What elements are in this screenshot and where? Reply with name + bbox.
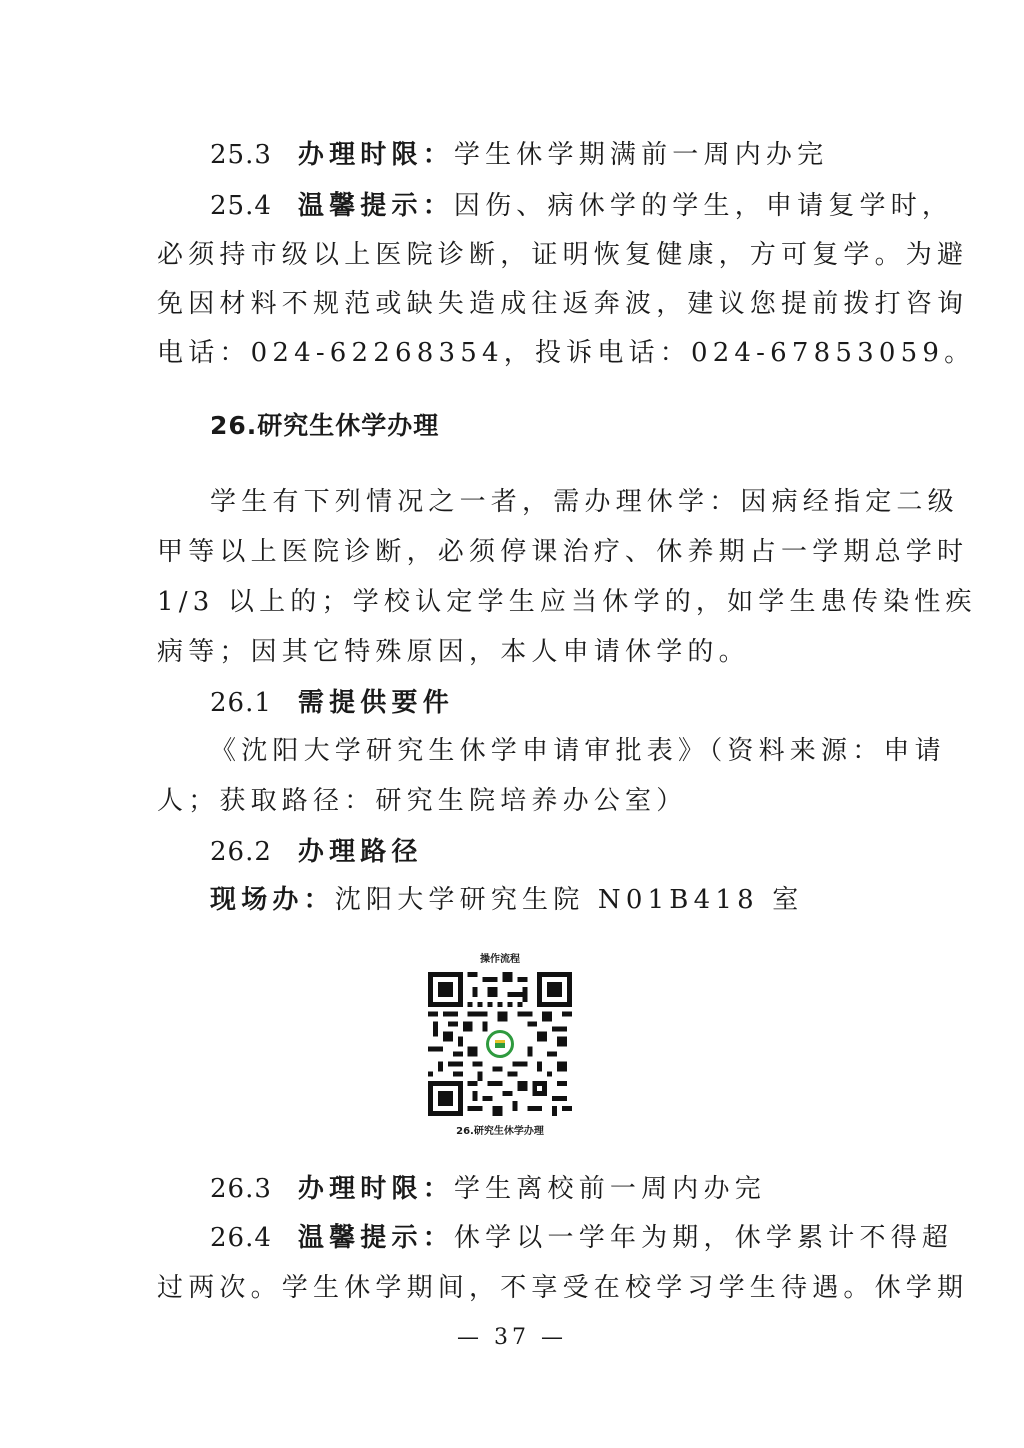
onsite-label: 现场办： — [210, 885, 335, 915]
qr-block: 操作流程 26.研究生休学办理 — [415, 950, 585, 1137]
paragraph-line: 病等；因其它特殊原因，本人申请休学的。 — [157, 635, 869, 669]
item-25-3: 25.3办理时限：学生休学期满前一周内办完 — [210, 138, 870, 172]
item-text: 休学以一学年为期，休学累计不得超 — [454, 1223, 953, 1253]
qr-caption: 26.研究生休学办理 — [415, 1122, 585, 1137]
item-number: 26.3 — [210, 1174, 272, 1204]
item-text: 学生离校前一周内办完 — [454, 1174, 766, 1204]
onsite-text: 沈阳大学研究生院 N01B418 室 — [335, 885, 804, 915]
paragraph-line: 学生有下列情况之一者，需办理休学：因病经指定二级 — [210, 485, 870, 519]
item-26-2: 26.2办理路径 — [210, 835, 870, 869]
item-number: 26.4 — [210, 1223, 272, 1253]
item-26-4: 26.4温馨提示：休学以一学年为期，休学累计不得超 — [210, 1221, 870, 1255]
item-25-4: 25.4温馨提示：因伤、病休学的学生，申请复学时， — [210, 189, 870, 223]
item-text: 因伤、病休学的学生，申请复学时， — [454, 191, 953, 221]
qr-title: 操作流程 — [415, 950, 585, 966]
qr-code[interactable] — [428, 972, 572, 1116]
item-label: 办理路径 — [298, 837, 423, 867]
paragraph-line: 电话：024-62268354，投诉电话：024-67853059。 — [157, 336, 869, 370]
item-26-1: 26.1需提供要件 — [210, 686, 870, 720]
section-heading: 26.研究生休学办理 — [210, 406, 439, 442]
item-text: 学生休学期满前一周内办完 — [454, 140, 828, 170]
university-logo-icon — [486, 1030, 514, 1058]
item-26-3: 26.3办理时限：学生离校前一周内办完 — [210, 1172, 870, 1206]
paragraph-line: 过两次。学生休学期间，不享受在校学习学生待遇。休学期 — [157, 1271, 869, 1305]
item-label: 温馨提示： — [298, 1223, 454, 1253]
item-label: 温馨提示： — [298, 191, 454, 221]
paragraph-line: 必须持市级以上医院诊断，证明恢复健康，方可复学。为避 — [157, 238, 869, 272]
page-number: — 37 — — [0, 1325, 1024, 1350]
paragraph-line: 1/3 以上的；学校认定学生应当休学的，如学生患传染性疾 — [157, 585, 869, 619]
item-number: 25.3 — [210, 140, 272, 170]
item-label: 办理时限： — [298, 140, 454, 170]
item-number: 26.1 — [210, 688, 272, 718]
item-number: 25.4 — [210, 191, 272, 221]
item-label: 需提供要件 — [298, 688, 454, 718]
paragraph-line: 甲等以上医院诊断，必须停课治疗、休养期占一学期总学时 — [157, 535, 869, 569]
item-number: 26.2 — [210, 837, 272, 867]
paragraph-line: 免因材料不规范或缺失造成往返奔波，建议您提前拨打咨询 — [157, 287, 869, 321]
item-label: 办理时限： — [298, 1174, 454, 1204]
onsite-line: 现场办：沈阳大学研究生院 N01B418 室 — [210, 883, 870, 917]
paragraph-line: 人；获取路径：研究生院培养办公室） — [157, 784, 869, 818]
paragraph-line: 《沈阳大学研究生休学申请审批表》（资料来源：申请 — [210, 734, 870, 768]
